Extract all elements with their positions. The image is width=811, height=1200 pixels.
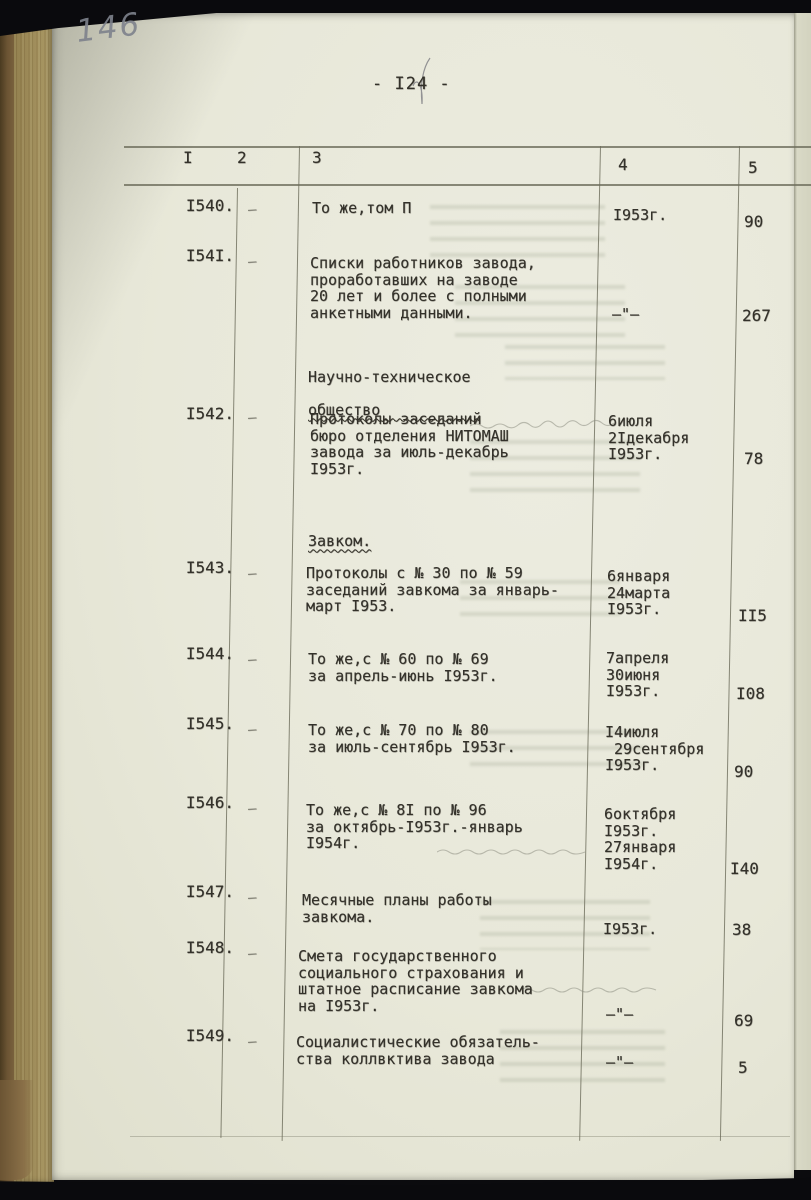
row-number: I548. — [172, 940, 234, 957]
row-description: То же,том П — [312, 200, 411, 217]
row-description: Протоколы заседаний бюро отделения НИТОМ… — [310, 411, 509, 477]
row-number: I549. — [172, 1028, 234, 1045]
row-description: То же,с № 8I по № 96 за октябрь-I953г.-я… — [306, 802, 523, 852]
row-count: 5 — [738, 1060, 748, 1077]
row-number: I542. — [172, 406, 234, 423]
row-dates: 7апреля 30июня I953г. — [606, 650, 669, 700]
book-cover-corner — [0, 1080, 34, 1180]
column-header-2: 2 — [237, 150, 247, 167]
row-number: I547. — [172, 884, 234, 901]
row-mark: – — [247, 946, 257, 963]
row-number: I54I. — [172, 248, 234, 265]
row-number: I545. — [172, 716, 234, 733]
pencil-squiggle — [520, 984, 660, 996]
row-number: I540. — [172, 198, 234, 215]
section-heading-zavkom-label: Завком. — [308, 532, 371, 550]
row-number: I543. — [172, 560, 234, 577]
row-count: 69 — [734, 1013, 753, 1030]
row-mark: – — [247, 410, 257, 427]
row-dates: I953г. — [613, 207, 667, 224]
row-description: То же,с № 60 по № 69 за апрель-июнь I953… — [308, 651, 498, 684]
row-count: 90 — [744, 214, 763, 231]
section-heading-nto-line1: Научно-техническое — [308, 368, 471, 386]
column-header-4: 4 — [618, 157, 628, 174]
section-heading-zavkom: Завком. — [308, 516, 371, 549]
column-header-1: I — [183, 150, 193, 167]
column-header-5: 5 — [748, 160, 758, 177]
row-description: Списки работников завода, проработавших … — [310, 255, 536, 321]
row-description: Социалистические обязатель- ства коллвкт… — [296, 1034, 540, 1067]
section-heading-nto: Научно-техническое общество — [308, 352, 480, 418]
row-dates: 6октября I953г. 27января I954г. — [604, 806, 676, 872]
table-rule-top — [124, 146, 811, 148]
row-mark: – — [247, 202, 257, 219]
row-mark: – — [247, 254, 257, 271]
row-count: 78 — [744, 451, 763, 468]
page-stack-edge — [14, 18, 54, 1182]
table-rule-header — [124, 184, 811, 186]
row-dates: 6января 24марта I953г. — [607, 568, 670, 618]
row-description: То же,с № 70 по № 80 за июль-сентябрь I9… — [308, 722, 516, 755]
row-count: 90 — [734, 764, 753, 781]
row-dates: –"– — [606, 1054, 633, 1071]
row-count: I08 — [736, 686, 765, 703]
row-count: 267 — [742, 308, 771, 325]
row-mark: – — [247, 566, 257, 583]
row-description: Месячные планы работы завкома. — [302, 892, 492, 925]
row-dates: I4июля 29сентября I953г. — [605, 724, 704, 774]
row-count: 38 — [732, 922, 751, 939]
bleed-through-smudge — [505, 345, 665, 380]
row-description: Смета государственного социального страх… — [298, 948, 533, 1014]
row-dates: –"– — [612, 306, 639, 323]
row-mark: – — [247, 801, 257, 818]
column-header-3: 3 — [312, 150, 322, 167]
row-count: I40 — [730, 861, 759, 878]
row-number: I544. — [172, 646, 234, 663]
scanned-archive-page: 146 - I24 - I 2 3 4 5 Научно-техническое… — [0, 0, 811, 1200]
row-mark: – — [247, 1034, 257, 1051]
row-count: II5 — [738, 608, 767, 625]
row-mark: – — [247, 890, 257, 907]
row-dates: 6июля 2Iдекабря I953г. — [608, 413, 689, 463]
row-number: I546. — [172, 795, 234, 812]
row-description: Протоколы с № 30 по № 59 заседаний завко… — [306, 565, 559, 615]
underlying-page-edge — [794, 12, 811, 1170]
page-number: - I24 - — [372, 76, 451, 93]
row-dates: I953г. — [603, 921, 657, 938]
table-rule-bottom — [130, 1136, 790, 1137]
row-mark: – — [247, 722, 257, 739]
row-mark: – — [247, 652, 257, 669]
row-dates: –"– — [606, 1006, 633, 1023]
